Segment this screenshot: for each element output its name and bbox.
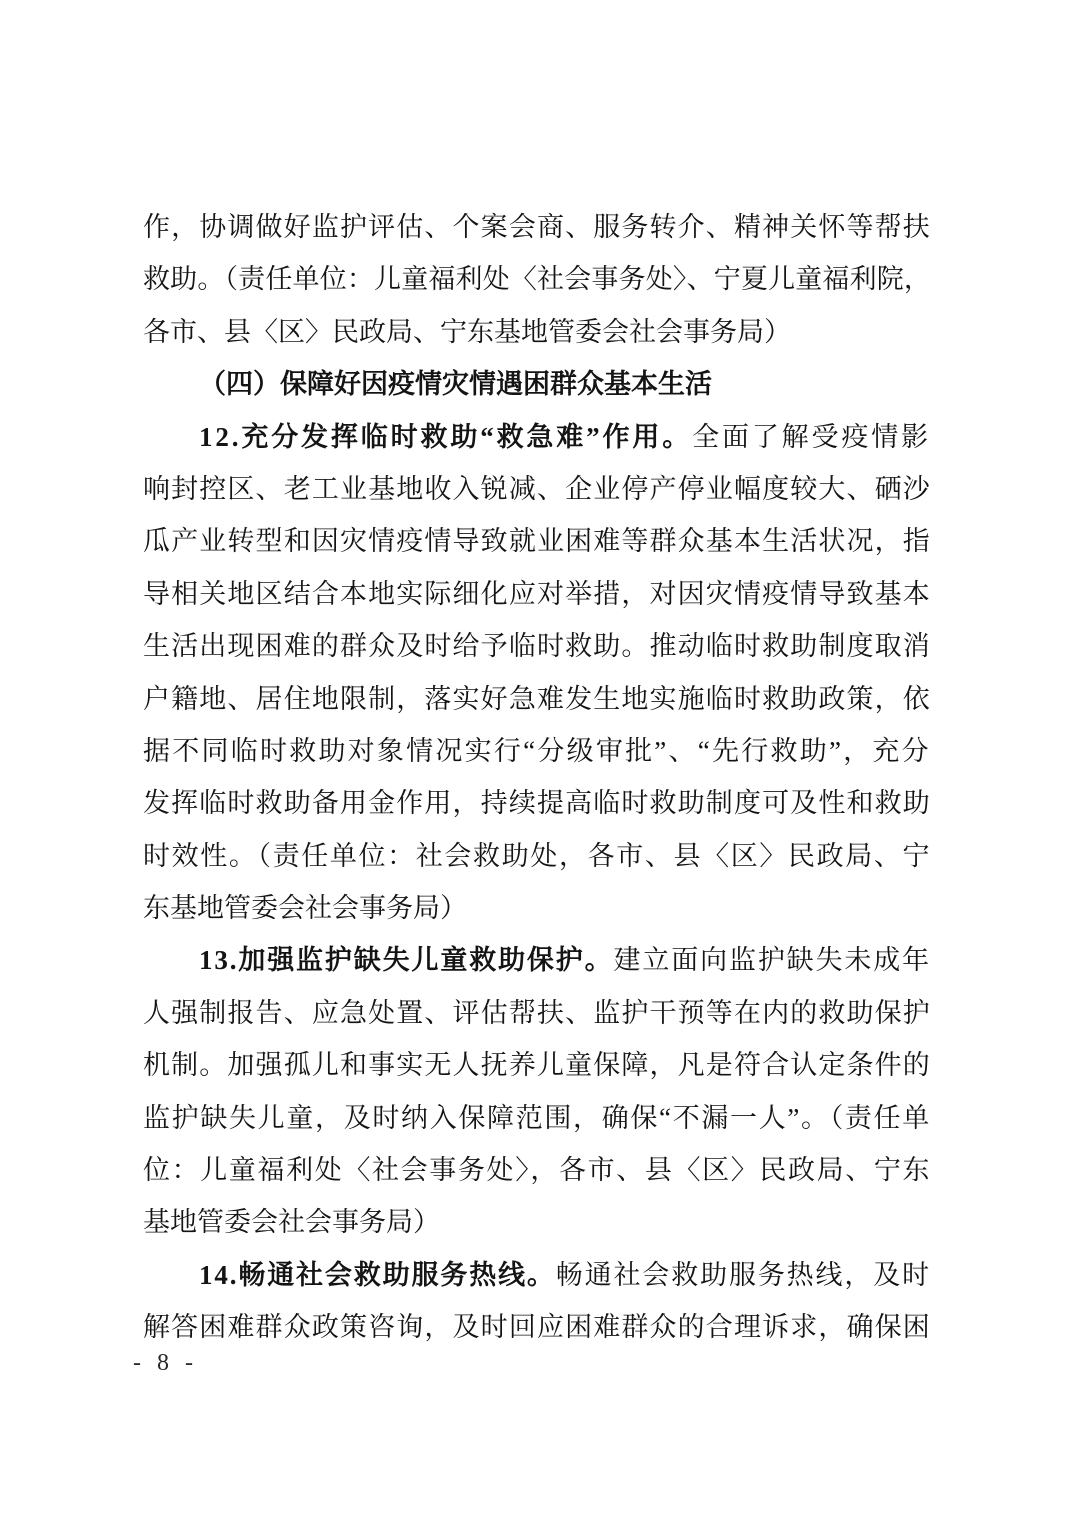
text-segment: 户籍地、居住地限制，落实好急难发生地实施临时救助政策，依 xyxy=(143,684,931,714)
document-body: 作，协调做好监护评估、个案会商、服务转介、精神关怀等帮扶救助。（责任单位：儿童福… xyxy=(143,201,931,1354)
text-line-content: 13.加强监护缺失儿童救助保护。建立面向监护缺失未成年 xyxy=(199,945,931,975)
text-line: 时效性。（责任单位：社会救助处，各市、县〈区〉民政局、宁 xyxy=(143,830,931,882)
text-segment: 解答困难群众政策咨询，及时回应困难群众的合理诉求，确保困 xyxy=(143,1312,931,1342)
text-line-content: 监护缺失儿童，及时纳入保障范围，确保“不漏一人”。（责任单 xyxy=(143,1103,931,1133)
text-line: 解答困难群众政策咨询，及时回应困难群众的合理诉求，确保困 xyxy=(143,1301,931,1353)
heading-segment: 12.充分发挥临时救助“救急难”作用。 xyxy=(199,422,692,452)
text-segment: 监护缺失儿童，及时纳入保障范围，确保“不漏一人”。（责任单 xyxy=(143,1103,931,1133)
text-segment: 救助。（责任单位：儿童福利处〈社会事务处〉、宁夏儿童福利院， xyxy=(143,264,931,294)
text-line: 响封控区、老工业基地收入锐减、企业停产停业幅度较大、硒沙 xyxy=(143,463,931,515)
text-line-content: 救助。（责任单位：儿童福利处〈社会事务处〉、宁夏儿童福利院， xyxy=(143,264,931,294)
text-line-content: 位：儿童福利处〈社会事务处〉，各市、县〈区〉民政局、宁东 xyxy=(143,1155,931,1185)
text-segment: 机制。加强孤儿和事实无人抚养儿童保障，凡是符合认定条件的 xyxy=(143,1050,931,1080)
text-segment: 基地管委会社会事务局） xyxy=(143,1207,440,1237)
text-line: 瓜产业转型和因灾情疫情导致就业困难等群众基本生活状况，指 xyxy=(143,515,931,567)
text-line-content: 人强制报告、应急处置、评估帮扶、监护干预等在内的救助保护 xyxy=(143,998,931,1028)
text-segment: 生活出现困难的群众及时给予临时救助。推动临时救助制度取消 xyxy=(143,631,931,661)
text-segment: 建立面向监护缺失未成年 xyxy=(614,945,931,975)
text-line: 救助。（责任单位：儿童福利处〈社会事务处〉、宁夏儿童福利院， xyxy=(143,253,931,305)
text-line-content: 12.充分发挥临时救助“救急难”作用。全面了解受疫情影 xyxy=(199,422,931,452)
text-line-content: 生活出现困难的群众及时给予临时救助。推动临时救助制度取消 xyxy=(143,631,931,661)
text-line: 作，协调做好监护评估、个案会商、服务转介、精神关怀等帮扶 xyxy=(143,201,931,253)
text-line: 户籍地、居住地限制，落实好急难发生地实施临时救助政策，依 xyxy=(143,673,931,725)
text-line-content: 机制。加强孤儿和事实无人抚养儿童保障，凡是符合认定条件的 xyxy=(143,1050,931,1080)
text-line-content: 时效性。（责任单位：社会救助处，各市、县〈区〉民政局、宁 xyxy=(143,841,931,871)
text-line-content: 基地管委会社会事务局） xyxy=(143,1207,440,1237)
text-line-content: 导相关地区结合本地实际细化应对举措，对因灾情疫情导致基本 xyxy=(143,579,931,609)
text-line: 13.加强监护缺失儿童救助保护。建立面向监护缺失未成年 xyxy=(143,934,931,986)
text-line-content: 解答困难群众政策咨询，及时回应困难群众的合理诉求，确保困 xyxy=(143,1312,931,1342)
text-segment: 时效性。（责任单位：社会救助处，各市、县〈区〉民政局、宁 xyxy=(143,841,931,871)
text-line: （四）保障好因疫情灾情遇困群众基本生活 xyxy=(143,358,931,410)
text-line: 14.畅通社会救助服务热线。畅通社会救助服务热线，及时 xyxy=(143,1249,931,1301)
text-segment: 东基地管委会社会事务局） xyxy=(143,893,467,923)
text-line-content: 响封控区、老工业基地收入锐减、企业停产停业幅度较大、硒沙 xyxy=(143,474,931,504)
text-line-content: 瓜产业转型和因灾情疫情导致就业困难等群众基本生活状况，指 xyxy=(143,526,931,556)
text-line: 机制。加强孤儿和事实无人抚养儿童保障，凡是符合认定条件的 xyxy=(143,1039,931,1091)
text-line: 基地管委会社会事务局） xyxy=(143,1196,931,1248)
text-line-content: 东基地管委会社会事务局） xyxy=(143,893,467,923)
text-line: 发挥临时救助备用金作用，持续提高临时救助制度可及性和救助 xyxy=(143,777,931,829)
text-line-content: 发挥临时救助备用金作用，持续提高临时救助制度可及性和救助 xyxy=(143,788,931,818)
text-segment: 畅通社会救助服务热线，及时 xyxy=(556,1260,931,1290)
text-segment: 发挥临时救助备用金作用，持续提高临时救助制度可及性和救助 xyxy=(143,788,931,818)
text-segment: 各市、县〈区〉民政局、宁东基地管委会社会事务局） xyxy=(143,317,791,347)
text-segment: 作，协调做好监护评估、个案会商、服务转介、精神关怀等帮扶 xyxy=(143,212,931,242)
text-line: 人强制报告、应急处置、评估帮扶、监护干预等在内的救助保护 xyxy=(143,987,931,1039)
text-segment: 据不同临时救助对象情况实行“分级审批”、“先行救助”，充分 xyxy=(143,736,931,766)
text-line: 位：儿童福利处〈社会事务处〉，各市、县〈区〉民政局、宁东 xyxy=(143,1144,931,1196)
text-line: 据不同临时救助对象情况实行“分级审批”、“先行救助”，充分 xyxy=(143,725,931,777)
text-segment: 位：儿童福利处〈社会事务处〉，各市、县〈区〉民政局、宁东 xyxy=(143,1155,931,1185)
text-line-content: 作，协调做好监护评估、个案会商、服务转介、精神关怀等帮扶 xyxy=(143,212,931,242)
text-line-content: 据不同临时救助对象情况实行“分级审批”、“先行救助”，充分 xyxy=(143,736,931,766)
text-line: 生活出现困难的群众及时给予临时救助。推动临时救助制度取消 xyxy=(143,620,931,672)
text-line-content: 户籍地、居住地限制，落实好急难发生地实施临时救助政策，依 xyxy=(143,684,931,714)
page-number: - 8 - xyxy=(133,1350,198,1377)
text-line-content: （四）保障好因疫情灾情遇困群众基本生活 xyxy=(199,369,712,399)
heading-segment: 13.加强监护缺失儿童救助保护。 xyxy=(199,945,614,975)
text-line-content: 14.畅通社会救助服务热线。畅通社会救助服务热线，及时 xyxy=(199,1260,931,1290)
text-line-content: 各市、县〈区〉民政局、宁东基地管委会社会事务局） xyxy=(143,317,791,347)
heading-segment: 14.畅通社会救助服务热线。 xyxy=(199,1260,556,1290)
text-segment: 导相关地区结合本地实际细化应对举措，对因灾情疫情导致基本 xyxy=(143,579,931,609)
text-line: 东基地管委会社会事务局） xyxy=(143,882,931,934)
document-page: 作，协调做好监护评估、个案会商、服务转介、精神关怀等帮扶救助。（责任单位：儿童福… xyxy=(0,0,1074,1520)
text-line: 监护缺失儿童，及时纳入保障范围，确保“不漏一人”。（责任单 xyxy=(143,1092,931,1144)
text-segment: 人强制报告、应急处置、评估帮扶、监护干预等在内的救助保护 xyxy=(143,998,931,1028)
text-line: 12.充分发挥临时救助“救急难”作用。全面了解受疫情影 xyxy=(143,411,931,463)
heading-segment: （四）保障好因疫情灾情遇困群众基本生活 xyxy=(199,369,712,399)
text-segment: 响封控区、老工业基地收入锐减、企业停产停业幅度较大、硒沙 xyxy=(143,474,931,504)
text-segment: 瓜产业转型和因灾情疫情导致就业困难等群众基本生活状况，指 xyxy=(143,526,931,556)
text-line: 各市、县〈区〉民政局、宁东基地管委会社会事务局） xyxy=(143,306,931,358)
text-segment: 全面了解受疫情影 xyxy=(692,422,931,452)
text-line: 导相关地区结合本地实际细化应对举措，对因灾情疫情导致基本 xyxy=(143,568,931,620)
